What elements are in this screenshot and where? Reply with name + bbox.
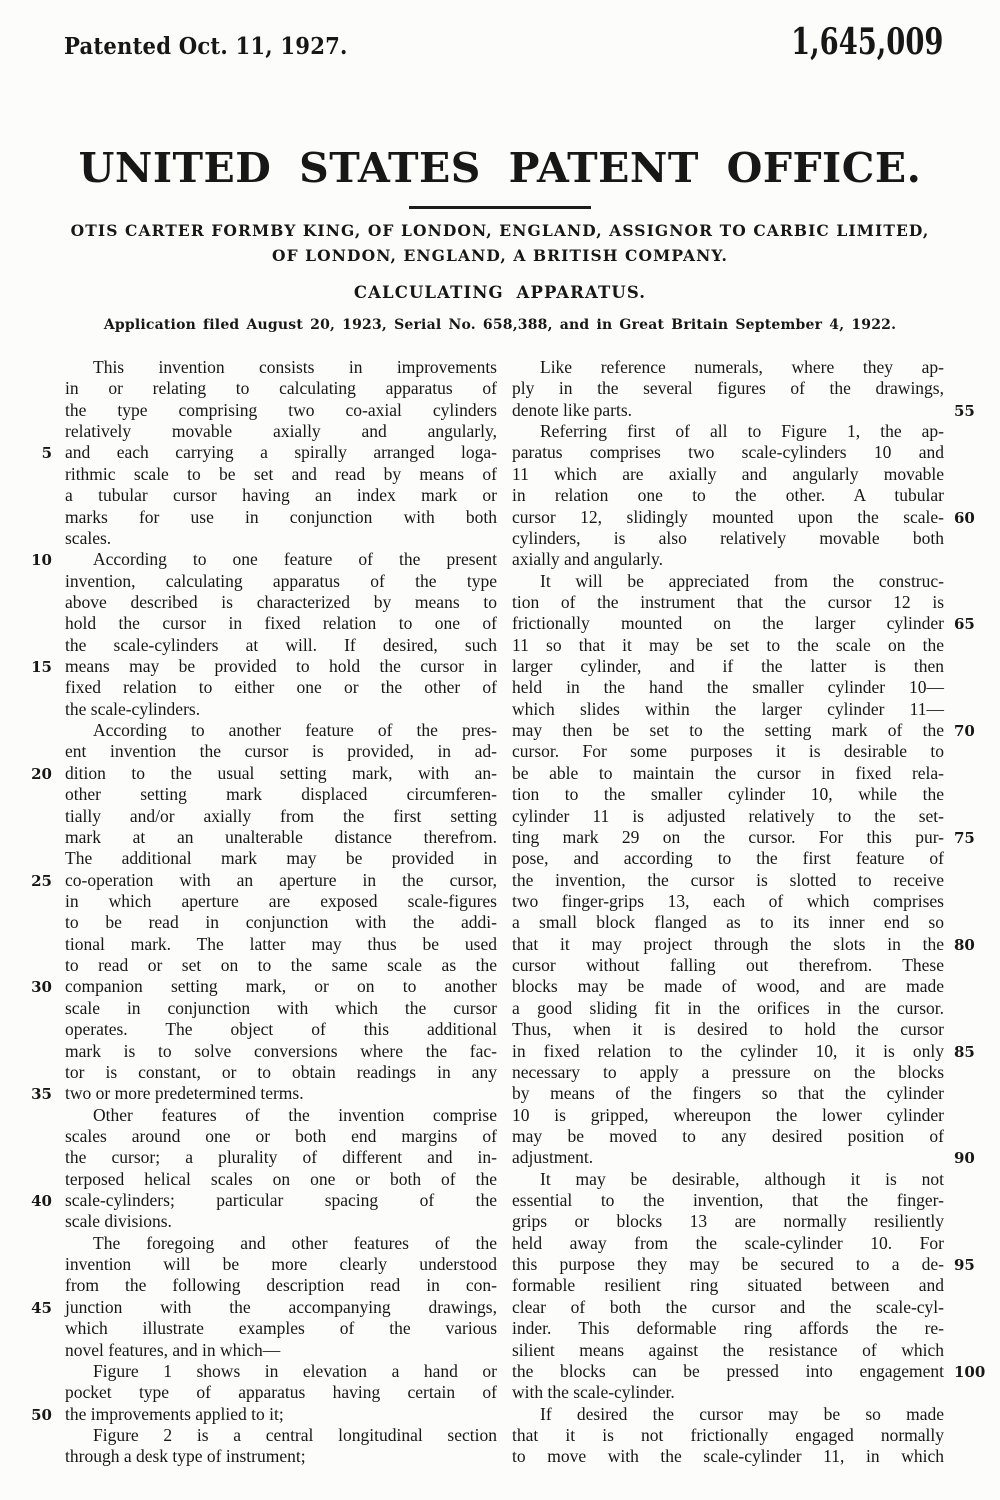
- line-text: other setting mark displaced circumferen…: [65, 784, 497, 804]
- text-line: 75ting mark 29 on the cursor. For this p…: [512, 827, 944, 848]
- text-line: This invention consists in improvements: [65, 357, 497, 378]
- line-text: the type comprising two co-axial cylinde…: [65, 400, 497, 420]
- line-text: cursor 12, slidingly mounted upon the sc…: [512, 507, 944, 527]
- line-text: two finger-grips 13, each of which compr…: [512, 891, 944, 911]
- text-line: by means of the fingers so that the cyli…: [512, 1083, 944, 1104]
- text-line: necessary to apply a pressure on the blo…: [512, 1062, 944, 1083]
- line-text: junction with the accompanying drawings,: [65, 1297, 497, 1317]
- text-line: scales around one or both end margins of: [65, 1126, 497, 1147]
- text-line: scale in conjunction with which the curs…: [65, 998, 497, 1019]
- margin-line-number: 15: [22, 658, 52, 676]
- text-line: ent invention the cursor is provided, in…: [65, 741, 497, 762]
- text-line: It will be appreciated from the construc…: [512, 571, 944, 592]
- line-text: the cursor; a plurality of different and…: [65, 1147, 497, 1167]
- text-line: relatively movable axially and angularly…: [65, 421, 497, 442]
- margin-line-number: 50: [22, 1406, 52, 1424]
- line-text: blocks may be made of wood, and are made: [512, 976, 944, 996]
- margin-line-number: 80: [954, 936, 992, 954]
- text-line: to move with the scale-cylinder 11, in w…: [512, 1446, 944, 1467]
- text-line: Figure 1 shows in elevation a hand or: [65, 1361, 497, 1382]
- line-text: tor is constant, or to obtain readings i…: [65, 1062, 497, 1082]
- text-line: tion of the instrument that the cursor 1…: [512, 592, 944, 613]
- text-line: 30companion setting mark, or on to anoth…: [65, 976, 497, 997]
- margin-line-number: 30: [22, 978, 52, 996]
- text-line: be able to maintain the cursor in fixed …: [512, 763, 944, 784]
- line-text: cylinder 11 is adjusted relatively to th…: [512, 806, 944, 826]
- text-line: mark is to solve conversions where the f…: [65, 1041, 497, 1062]
- text-line: grips or blocks 13 are normally resilien…: [512, 1211, 944, 1232]
- text-line: held away from the scale-cylinder 10. Fo…: [512, 1233, 944, 1254]
- text-line: scale divisions.: [65, 1211, 497, 1232]
- line-text: denote like parts.: [512, 400, 632, 420]
- line-text: terposed helical scales on one or both o…: [65, 1169, 497, 1189]
- text-line: 80that it may project through the slots …: [512, 934, 944, 955]
- text-line: 20dition to the usual setting mark, with…: [65, 763, 497, 784]
- left-column: This invention consists in improvementsi…: [65, 357, 497, 1468]
- line-text: adjustment.: [512, 1147, 593, 1167]
- margin-line-number: 5: [22, 444, 52, 462]
- text-line: Referring first of all to Figure 1, the …: [512, 421, 944, 442]
- line-text: a tubular cursor having an index mark or: [65, 485, 497, 505]
- text-line: silient means against the resistance of …: [512, 1340, 944, 1361]
- line-text: which illustrate examples of the various: [65, 1318, 497, 1338]
- line-text: to move with the scale-cylinder 11, in w…: [512, 1446, 944, 1466]
- text-line: to read or set on to the same scale as t…: [65, 955, 497, 976]
- text-line: the type comprising two co-axial cylinde…: [65, 400, 497, 421]
- text-line: Figure 2 is a central longitudinal secti…: [65, 1425, 497, 1446]
- text-line: pocket type of apparatus having certain …: [65, 1382, 497, 1403]
- patented-date: Patented Oct. 11, 1927.: [64, 33, 348, 60]
- line-text: Thus, when it is desired to hold the cur…: [512, 1019, 944, 1039]
- line-text: invention, calculating apparatus of the …: [65, 571, 497, 591]
- margin-line-number: 100: [954, 1363, 992, 1381]
- line-text: essential to the invention, that the fin…: [512, 1190, 944, 1210]
- line-text: The additional mark may be provided in: [65, 848, 497, 868]
- text-line: formable resilient ring situated between…: [512, 1275, 944, 1296]
- line-text: The foregoing and other features of the: [93, 1233, 497, 1253]
- text-line: cylinders, is also relatively movable bo…: [512, 528, 944, 549]
- text-line: cursor. For some purposes it is desirabl…: [512, 741, 944, 762]
- line-text: This invention consists in improvements: [93, 357, 497, 377]
- line-text: and each carrying a spirally arranged lo…: [65, 442, 497, 462]
- line-text: means may be provided to hold the cursor…: [65, 656, 497, 676]
- text-line: a good sliding fit in the orifices in th…: [512, 998, 944, 1019]
- line-text: ent invention the cursor is provided, in…: [65, 741, 497, 761]
- text-line: novel features, and in which—: [65, 1340, 497, 1361]
- text-line: 5and each carrying a spirally arranged l…: [65, 442, 497, 463]
- line-text: frictionally mounted on the larger cylin…: [512, 613, 944, 633]
- line-text: hold the cursor in fixed relation to one…: [65, 613, 497, 633]
- line-text: companion setting mark, or on to another: [65, 976, 497, 996]
- line-text: marks for use in conjunction with both: [65, 507, 497, 527]
- text-line: 11 so that it may be set to the scale on…: [512, 635, 944, 656]
- line-text: inder. This deformable ring affords the …: [512, 1318, 944, 1338]
- margin-line-number: 20: [22, 765, 52, 783]
- text-line: hold the cursor in fixed relation to one…: [65, 613, 497, 634]
- text-line: larger cylinder, and if the latter is th…: [512, 656, 944, 677]
- line-text: pose, and according to the first feature…: [512, 848, 944, 868]
- text-line: 40scale-cylinders; particular spacing of…: [65, 1190, 497, 1211]
- line-text: by means of the fingers so that the cyli…: [512, 1083, 944, 1103]
- text-line: It may be desirable, although it is not: [512, 1169, 944, 1190]
- text-line: clear of both the cursor and the scale-c…: [512, 1297, 944, 1318]
- line-text: 11 which are axially and angularly movab…: [512, 464, 944, 484]
- line-text: this purpose they may be secured to a de…: [512, 1254, 944, 1274]
- text-line: in which aperture are exposed scale-figu…: [65, 891, 497, 912]
- line-text: If desired the cursor may be so made: [540, 1404, 944, 1424]
- line-text: in which aperture are exposed scale-figu…: [65, 891, 497, 911]
- text-line: may be moved to any desired position of: [512, 1126, 944, 1147]
- line-text: may then be set to the setting mark of t…: [512, 720, 944, 740]
- margin-line-number: 75: [954, 829, 992, 847]
- text-line: that it is not frictionally engaged norm…: [512, 1425, 944, 1446]
- line-text: formable resilient ring situated between…: [512, 1275, 944, 1295]
- text-line: ply in the several figures of the drawin…: [512, 378, 944, 399]
- line-text: from the following description read in c…: [65, 1275, 497, 1295]
- text-line: in relation one to the other. A tubular: [512, 485, 944, 506]
- line-text: cursor. For some purposes it is desirabl…: [512, 741, 944, 761]
- line-text: tional mark. The latter may thus be used: [65, 934, 497, 954]
- text-line: two finger-grips 13, each of which compr…: [512, 891, 944, 912]
- text-line: 15means may be provided to hold the curs…: [65, 656, 497, 677]
- line-text: Like reference numerals, where they ap-: [540, 357, 944, 377]
- text-line: If desired the cursor may be so made: [512, 1404, 944, 1425]
- title-divider: [409, 206, 591, 209]
- text-line: 55denote like parts.: [512, 400, 944, 421]
- text-line: tional mark. The latter may thus be used: [65, 934, 497, 955]
- margin-line-number: 60: [954, 509, 992, 527]
- line-text: axially and angularly.: [512, 549, 663, 569]
- application-line: Application filed August 20, 1923, Seria…: [0, 317, 1000, 333]
- line-text: a good sliding fit in the orifices in th…: [512, 998, 944, 1018]
- text-line: operates. The object of this additional: [65, 1019, 497, 1040]
- text-line: from the following description read in c…: [65, 1275, 497, 1296]
- line-text: relatively movable axially and angularly…: [65, 421, 497, 441]
- text-line: inder. This deformable ring affords the …: [512, 1318, 944, 1339]
- line-text: Figure 1 shows in elevation a hand or: [93, 1361, 497, 1381]
- line-text: paratus comprises two scale-cylinders 10…: [512, 442, 944, 462]
- line-text: operates. The object of this additional: [65, 1019, 497, 1039]
- text-line: 70may then be set to the setting mark of…: [512, 720, 944, 741]
- line-text: be able to maintain the cursor in fixed …: [512, 763, 944, 783]
- line-text: invention will be more clearly understoo…: [65, 1254, 497, 1274]
- line-text: in or relating to calculating apparatus …: [65, 378, 497, 398]
- assignor-line-2: OF LONDON, ENGLAND, A BRITISH COMPANY.: [0, 246, 1000, 265]
- line-text: that it may project through the slots in…: [512, 934, 944, 954]
- line-text: It will be appreciated from the construc…: [540, 571, 944, 591]
- line-text: According to another feature of the pres…: [93, 720, 497, 740]
- line-text: scale divisions.: [65, 1211, 172, 1231]
- line-text: ply in the several figures of the drawin…: [512, 378, 944, 398]
- line-text: necessary to apply a pressure on the blo…: [512, 1062, 944, 1082]
- text-line: mark at an unalterable distance therefro…: [65, 827, 497, 848]
- line-text: with the scale-cylinder.: [512, 1382, 675, 1402]
- line-text: to be read in conjunction with the addi-: [65, 912, 497, 932]
- line-text: that it is not frictionally engaged norm…: [512, 1425, 944, 1445]
- line-text: grips or blocks 13 are normally resilien…: [512, 1211, 944, 1231]
- line-text: the blocks can be pressed into engagemen…: [512, 1361, 944, 1381]
- line-text: tion of the instrument that the cursor 1…: [512, 592, 944, 612]
- line-text: scales around one or both end margins of: [65, 1126, 497, 1146]
- text-line: The additional mark may be provided in: [65, 848, 497, 869]
- line-text: clear of both the cursor and the scale-c…: [512, 1297, 944, 1317]
- line-text: co-operation with an aperture in the cur…: [65, 870, 497, 890]
- margin-line-number: 55: [954, 402, 992, 420]
- line-text: the scale-cylinders at will. If desired,…: [65, 635, 497, 655]
- margin-line-number: 25: [22, 872, 52, 890]
- text-line: 10According to one feature of the presen…: [65, 549, 497, 570]
- text-line: scales.: [65, 528, 497, 549]
- line-text: tially and/or axially from the first set…: [65, 806, 497, 826]
- text-line: the scale-cylinders at will. If desired,…: [65, 635, 497, 656]
- text-line: paratus comprises two scale-cylinders 10…: [512, 442, 944, 463]
- text-line: 65frictionally mounted on the larger cyl…: [512, 613, 944, 634]
- text-line: with the scale-cylinder.: [512, 1382, 944, 1403]
- text-line: 10 is gripped, whereupon the lower cylin…: [512, 1105, 944, 1126]
- line-text: 10 is gripped, whereupon the lower cylin…: [512, 1105, 944, 1125]
- line-text: which slides within the larger cylinder …: [512, 699, 944, 719]
- line-text: Figure 2 is a central longitudinal secti…: [93, 1425, 497, 1445]
- text-line: the invention, the cursor is slotted to …: [512, 870, 944, 891]
- margin-line-number: 70: [954, 722, 992, 740]
- text-line: invention, calculating apparatus of the …: [65, 571, 497, 592]
- margin-line-number: 65: [954, 615, 992, 633]
- text-line: a small block flanged as to its inner en…: [512, 912, 944, 933]
- text-line: which slides within the larger cylinder …: [512, 699, 944, 720]
- line-text: the improvements applied to it;: [65, 1404, 284, 1424]
- line-text: held away from the scale-cylinder 10. Fo…: [512, 1233, 944, 1253]
- text-line: the cursor; a plurality of different and…: [65, 1147, 497, 1168]
- text-line: above described is characterized by mean…: [65, 592, 497, 613]
- line-text: scale-cylinders; particular spacing of t…: [65, 1190, 497, 1210]
- text-line: 45junction with the accompanying drawing…: [65, 1297, 497, 1318]
- line-text: may be moved to any desired position of: [512, 1126, 944, 1146]
- text-line: According to another feature of the pres…: [65, 720, 497, 741]
- line-text: in relation one to the other. A tubular: [512, 485, 944, 505]
- text-line: to be read in conjunction with the addi-: [65, 912, 497, 933]
- text-line: in or relating to calculating apparatus …: [65, 378, 497, 399]
- line-text: in fixed relation to the cylinder 10, it…: [512, 1041, 944, 1061]
- line-text: cylinders, is also relatively movable bo…: [512, 528, 944, 548]
- patent-page: Patented Oct. 11, 1927. 1,645,009 UNITED…: [0, 0, 1000, 1500]
- text-line: pose, and according to the first feature…: [512, 848, 944, 869]
- text-line: 25co-operation with an aperture in the c…: [65, 870, 497, 891]
- line-text: larger cylinder, and if the latter is th…: [512, 656, 944, 676]
- patent-number: 1,645,009: [791, 21, 943, 63]
- text-line: rithmic scale to be set and read by mean…: [65, 464, 497, 485]
- text-line: cursor without falling out therefrom. Th…: [512, 955, 944, 976]
- line-text: dition to the usual setting mark, with a…: [65, 763, 497, 783]
- line-text: Referring first of all to Figure 1, the …: [540, 421, 944, 441]
- line-text: ting mark 29 on the cursor. For this pur…: [512, 827, 944, 847]
- line-text: Other features of the invention comprise: [93, 1105, 497, 1125]
- text-line: The foregoing and other features of the: [65, 1233, 497, 1254]
- line-text: through a desk type of instrument;: [65, 1446, 306, 1466]
- line-text: a small block flanged as to its inner en…: [512, 912, 944, 932]
- text-line: 60cursor 12, slidingly mounted upon the …: [512, 507, 944, 528]
- text-line: terposed helical scales on one or both o…: [65, 1169, 497, 1190]
- text-line: tially and/or axially from the first set…: [65, 806, 497, 827]
- margin-line-number: 95: [954, 1256, 992, 1274]
- line-text: to read or set on to the same scale as t…: [65, 955, 497, 975]
- margin-line-number: 10: [22, 551, 52, 569]
- line-text: silient means against the resistance of …: [512, 1340, 944, 1360]
- line-text: fixed relation to either one or the othe…: [65, 677, 497, 697]
- margin-line-number: 85: [954, 1043, 992, 1061]
- text-line: 100the blocks can be pressed into engage…: [512, 1361, 944, 1382]
- line-text: the scale-cylinders.: [65, 699, 200, 719]
- line-text: two or more predetermined terms.: [65, 1083, 304, 1103]
- line-text: held in the hand the smaller cylinder 10…: [512, 677, 944, 697]
- text-line: Thus, when it is desired to hold the cur…: [512, 1019, 944, 1040]
- line-text: tion to the smaller cylinder 10, while t…: [512, 784, 944, 804]
- assignor-line-1: OTIS CARTER FORMBY KING, OF LONDON, ENGL…: [0, 221, 1000, 240]
- line-text: cursor without falling out therefrom. Th…: [512, 955, 944, 975]
- margin-line-number: 45: [22, 1299, 52, 1317]
- text-line: 95this purpose they may be secured to a …: [512, 1254, 944, 1275]
- text-line: held in the hand the smaller cylinder 10…: [512, 677, 944, 698]
- text-line: Like reference numerals, where they ap-: [512, 357, 944, 378]
- line-text: pocket type of apparatus having certain …: [65, 1382, 497, 1402]
- line-text: the invention, the cursor is slotted to …: [512, 870, 944, 890]
- invention-title: CALCULATING APPARATUS.: [0, 283, 1000, 302]
- margin-line-number: 40: [22, 1192, 52, 1210]
- text-line: which illustrate examples of the various: [65, 1318, 497, 1339]
- text-line: blocks may be made of wood, and are made: [512, 976, 944, 997]
- text-line: 50the improvements applied to it;: [65, 1404, 497, 1425]
- text-line: Other features of the invention comprise: [65, 1105, 497, 1126]
- right-column: Like reference numerals, where they ap-p…: [512, 357, 944, 1468]
- line-text: mark at an unalterable distance therefro…: [65, 827, 497, 847]
- line-text: 11 so that it may be set to the scale on…: [512, 635, 944, 655]
- text-line: 85in fixed relation to the cylinder 10, …: [512, 1041, 944, 1062]
- text-line: through a desk type of instrument;: [65, 1446, 497, 1467]
- text-line: cylinder 11 is adjusted relatively to th…: [512, 806, 944, 827]
- margin-line-number: 90: [954, 1149, 992, 1167]
- line-text: It may be desirable, although it is not: [540, 1169, 944, 1189]
- line-text: According to one feature of the present: [93, 549, 497, 569]
- line-text: novel features, and in which—: [65, 1340, 280, 1360]
- line-text: scales.: [65, 528, 111, 548]
- text-line: 90adjustment.: [512, 1147, 944, 1168]
- text-line: axially and angularly.: [512, 549, 944, 570]
- line-text: mark is to solve conversions where the f…: [65, 1041, 497, 1061]
- text-line: a tubular cursor having an index mark or: [65, 485, 497, 506]
- text-line: marks for use in conjunction with both: [65, 507, 497, 528]
- text-line: 11 which are axially and angularly movab…: [512, 464, 944, 485]
- text-line: essential to the invention, that the fin…: [512, 1190, 944, 1211]
- text-line: other setting mark displaced circumferen…: [65, 784, 497, 805]
- page-title: UNITED STATES PATENT OFFICE.: [0, 144, 1000, 192]
- text-line: fixed relation to either one or the othe…: [65, 677, 497, 698]
- line-text: above described is characterized by mean…: [65, 592, 497, 612]
- margin-line-number: 35: [22, 1085, 52, 1103]
- text-line: tor is constant, or to obtain readings i…: [65, 1062, 497, 1083]
- text-line: 35two or more predetermined terms.: [65, 1083, 497, 1104]
- line-text: scale in conjunction with which the curs…: [65, 998, 497, 1018]
- text-line: invention will be more clearly understoo…: [65, 1254, 497, 1275]
- text-line: tion to the smaller cylinder 10, while t…: [512, 784, 944, 805]
- text-line: the scale-cylinders.: [65, 699, 497, 720]
- line-text: rithmic scale to be set and read by mean…: [65, 464, 497, 484]
